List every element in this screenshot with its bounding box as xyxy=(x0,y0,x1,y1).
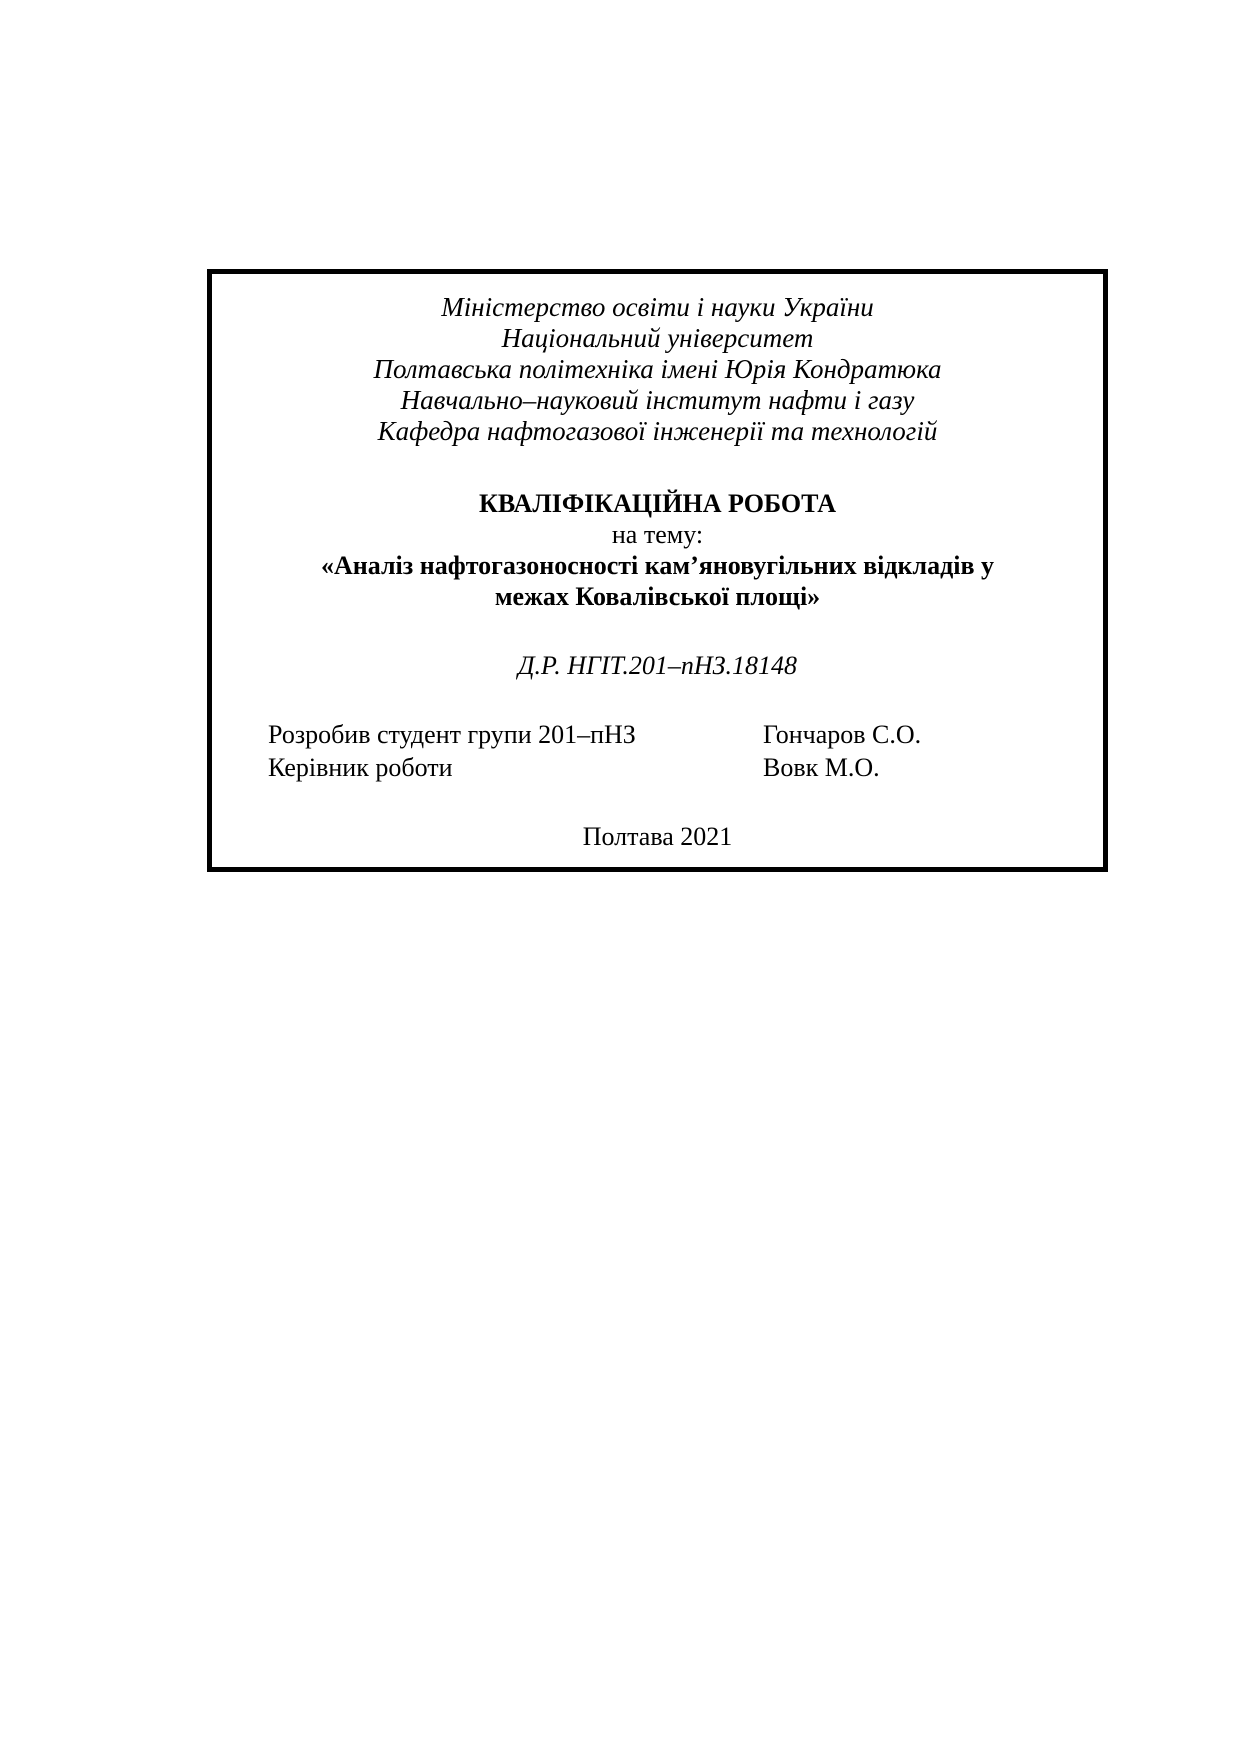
document-code: Д.Р. НГІТ.201–пНЗ.18148 xyxy=(212,653,1103,679)
department-line: Кафедра нафтогазової інженерії та технол… xyxy=(212,418,1103,445)
institute-line: Навчально–науковий інститут нафти і газу xyxy=(212,387,1103,414)
student-name: Гончаров С.О. xyxy=(763,722,921,748)
work-type-heading: КВАЛІФІКАЦІЙНА РОБОТА xyxy=(212,491,1103,517)
title-page-frame: Міністерство освіти і науки України Наці… xyxy=(207,269,1108,872)
topic-line-2: межах Ковалівської площі» xyxy=(212,584,1103,610)
ministry-line: Міністерство освіти і науки України xyxy=(212,294,1103,321)
university-line: Національний університет xyxy=(212,325,1103,352)
supervisor-role-label: Керівник роботи xyxy=(268,755,453,781)
student-role-label: Розробив студент групи 201–пНЗ xyxy=(268,722,636,748)
university-name-line: Полтавська політехніка імені Юрія Кондра… xyxy=(212,356,1103,383)
topic-intro: на тему: xyxy=(212,522,1103,548)
topic-line-1: «Аналіз нафтогазоносності кам’яновугільн… xyxy=(212,553,1103,579)
supervisor-name: Вовк М.О. xyxy=(763,755,880,781)
city-year: Полтава 2021 xyxy=(212,824,1103,850)
